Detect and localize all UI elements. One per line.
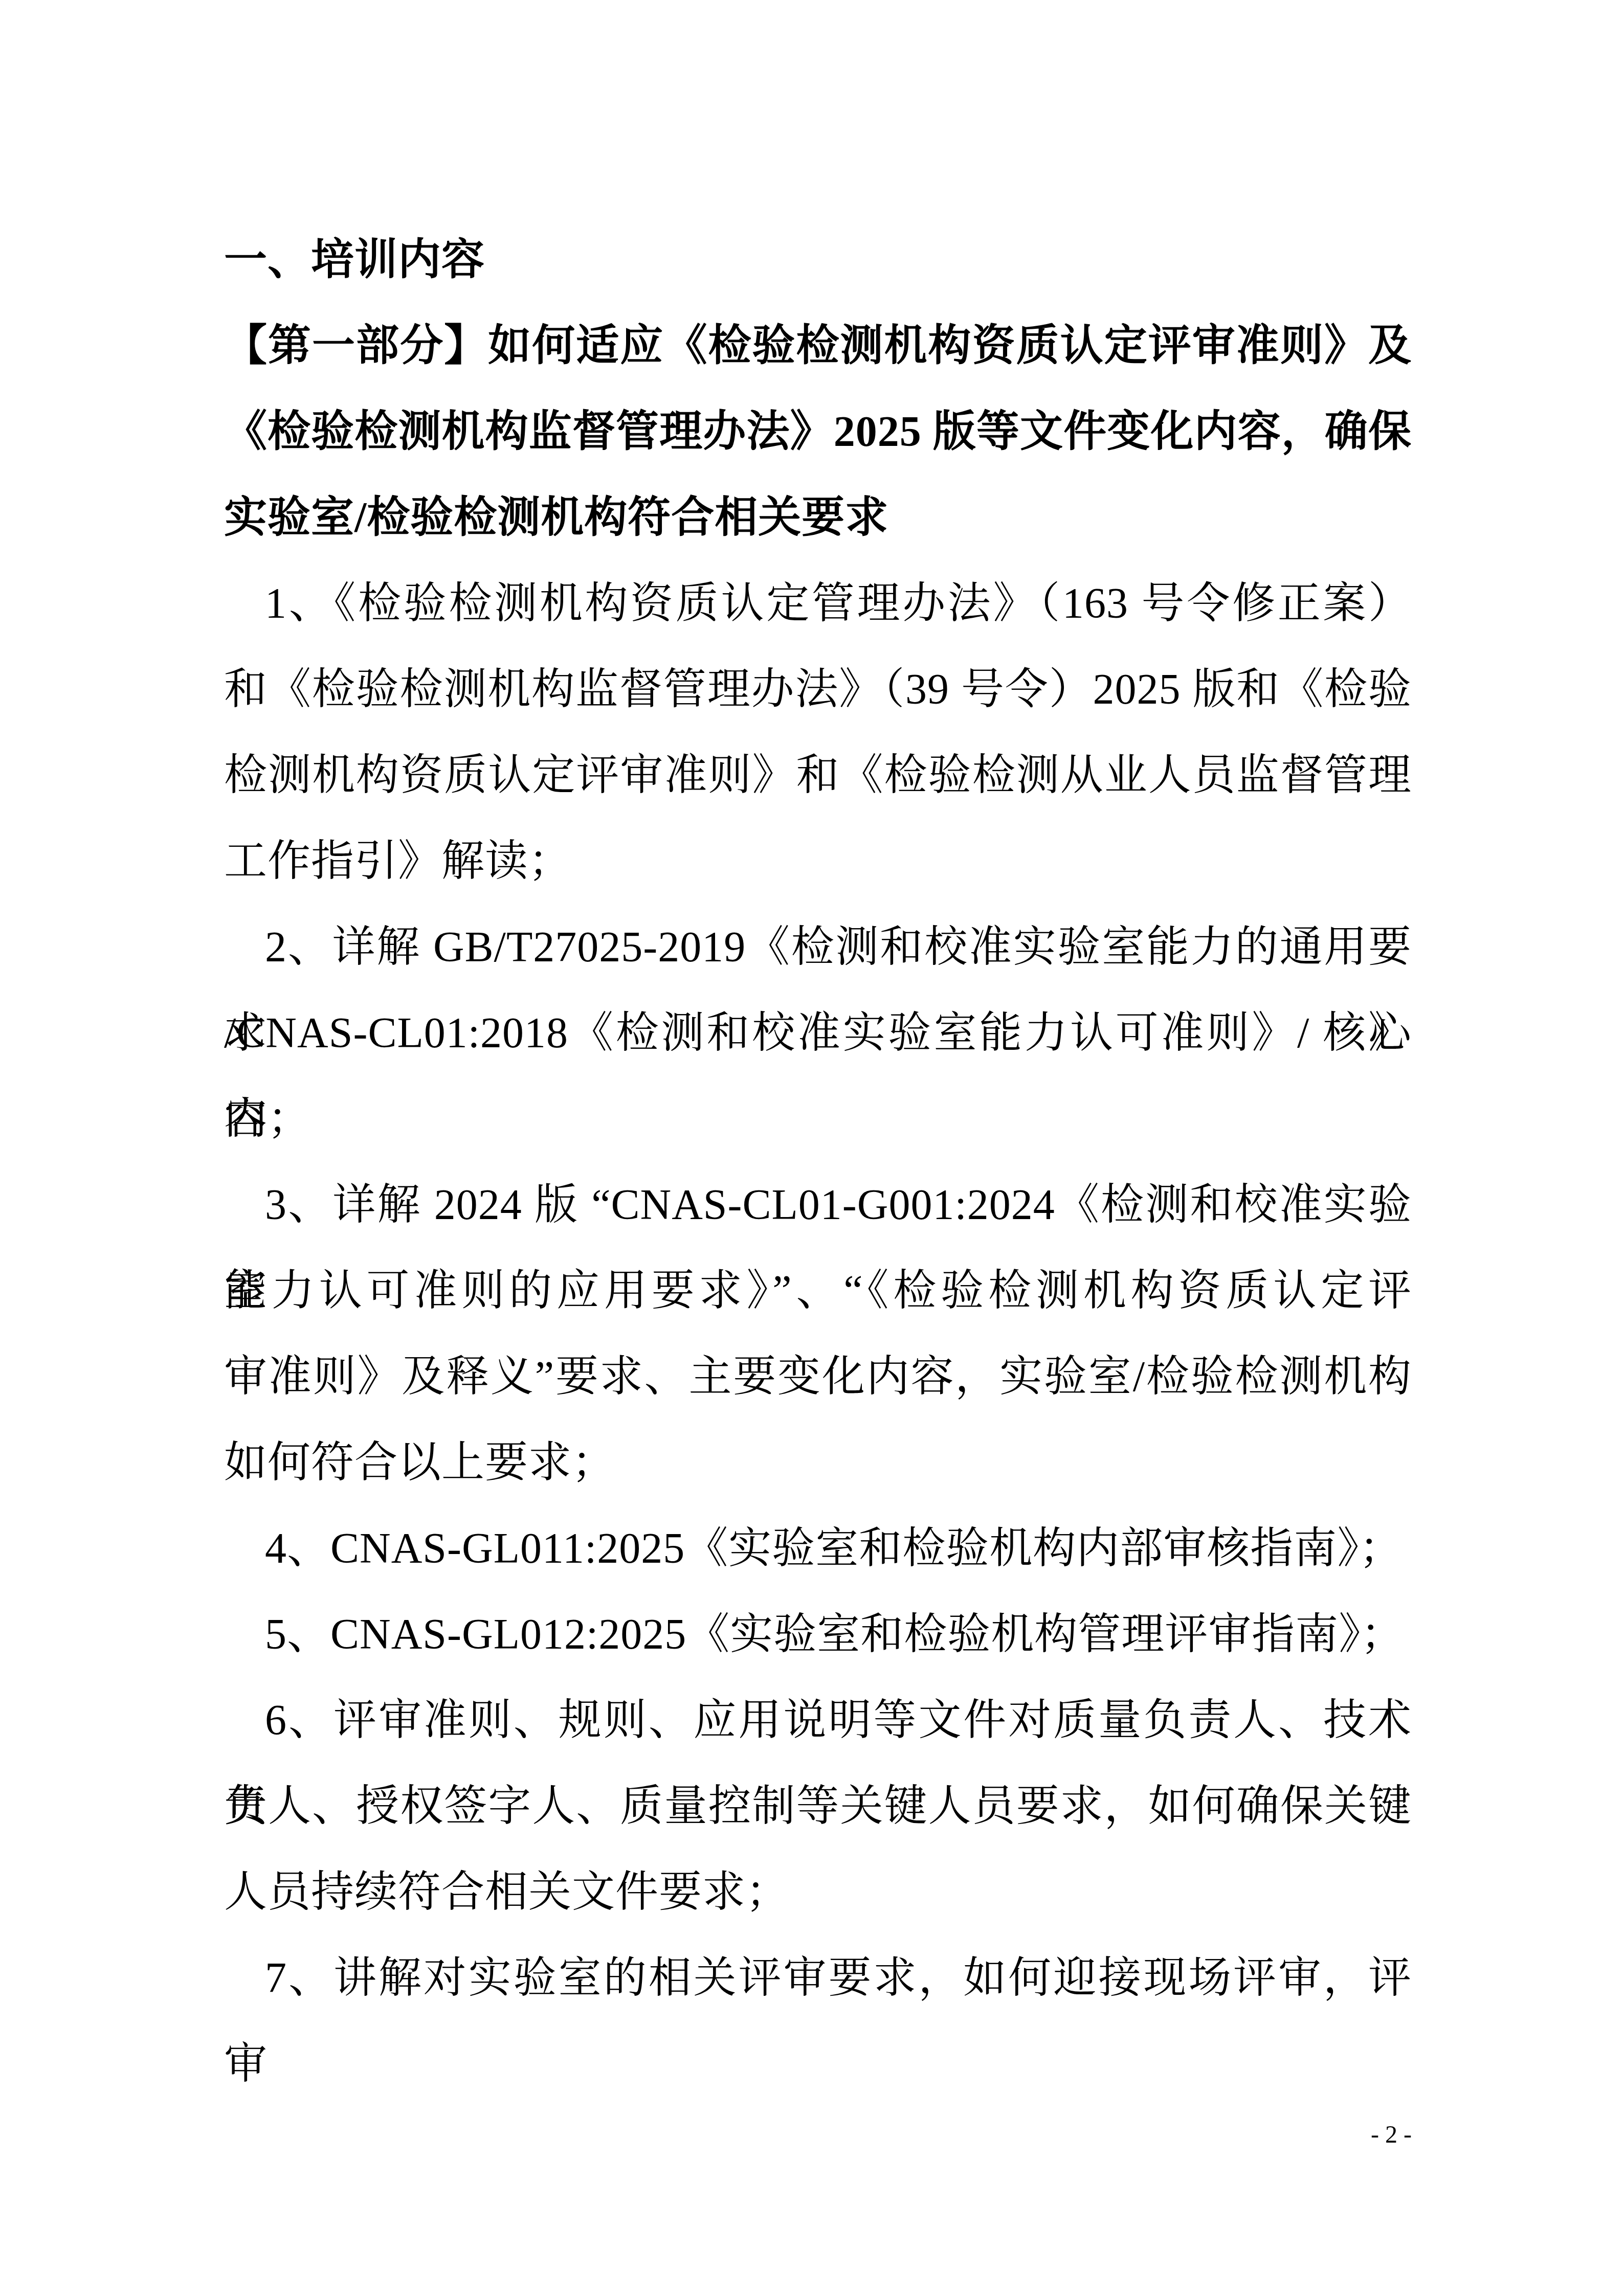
content-line: 1、《检验检测机构资质认定管理办法》（163 号令修正案） bbox=[224, 561, 1412, 647]
content-line: 责人、授权签字人、质量控制等关键人员要求，如何确保关键 bbox=[224, 1764, 1412, 1850]
part1-heading-line: 《检验检测机构监督管理办法》2025 版等文件变化内容，确保 bbox=[224, 389, 1412, 475]
content-line: 检测机构资质认定评审准则》和《检验检测从业人员监督管理 bbox=[224, 733, 1412, 819]
content-line: 6、评审准则、规则、应用说明等文件对质量负责人、技术负 bbox=[224, 1678, 1412, 1764]
page-footer: - 2 - bbox=[1371, 2117, 1412, 2153]
content-line: 和《检验检测机构监督管理办法》（39 号令）2025 版和《检验 bbox=[224, 647, 1412, 733]
document-body: 一、培训内容 【第一部分】如何适应《检验检测机构资质认定评审准则》及 《检验检测… bbox=[224, 217, 1412, 2021]
content-line: 工作指引》解读； bbox=[224, 819, 1412, 905]
part1-heading-line: 实验室/检验检测机构符合相关要求 bbox=[224, 475, 1412, 561]
content-line: 人员持续符合相关文件要求； bbox=[224, 1850, 1412, 1935]
content-line: 容； bbox=[224, 1076, 1412, 1162]
content-line: 5、CNAS-GL012:2025《实验室和检验机构管理评审指南》； bbox=[224, 1592, 1412, 1678]
content-line: 2、详解 GB/T27025-2019《检测和校准实验室能力的通用要求》 bbox=[224, 905, 1412, 991]
content-line: 能力认可准则的应用要求》”、“《检验检测机构资质认定评 bbox=[224, 1248, 1412, 1334]
content-line: 7、讲解对实验室的相关评审要求，如何迎接现场评审，评审 bbox=[224, 1935, 1412, 2021]
content-line: /CNAS-CL01:2018《检测和校准实验室能力认可准则》/ 核心内 bbox=[224, 991, 1412, 1076]
content-line: 4、CNAS-GL011:2025《实验室和检验机构内部审核指南》； bbox=[224, 1506, 1412, 1592]
content-line: 3、详解 2024 版 “CNAS-CL01-G001:2024《检测和校准实验… bbox=[224, 1162, 1412, 1248]
content-line: 审准则》及释义”要求、主要变化内容，实验室/检验检测机构 bbox=[224, 1334, 1412, 1420]
document-page: 一、培训内容 【第一部分】如何适应《检验检测机构资质认定评审准则》及 《检验检测… bbox=[0, 0, 1624, 2296]
section-heading: 一、培训内容 bbox=[224, 217, 1412, 303]
page-number: - 2 - bbox=[1371, 2121, 1412, 2148]
content-line: 如何符合以上要求； bbox=[224, 1420, 1412, 1506]
part1-heading-line: 【第一部分】如何适应《检验检测机构资质认定评审准则》及 bbox=[224, 303, 1412, 389]
